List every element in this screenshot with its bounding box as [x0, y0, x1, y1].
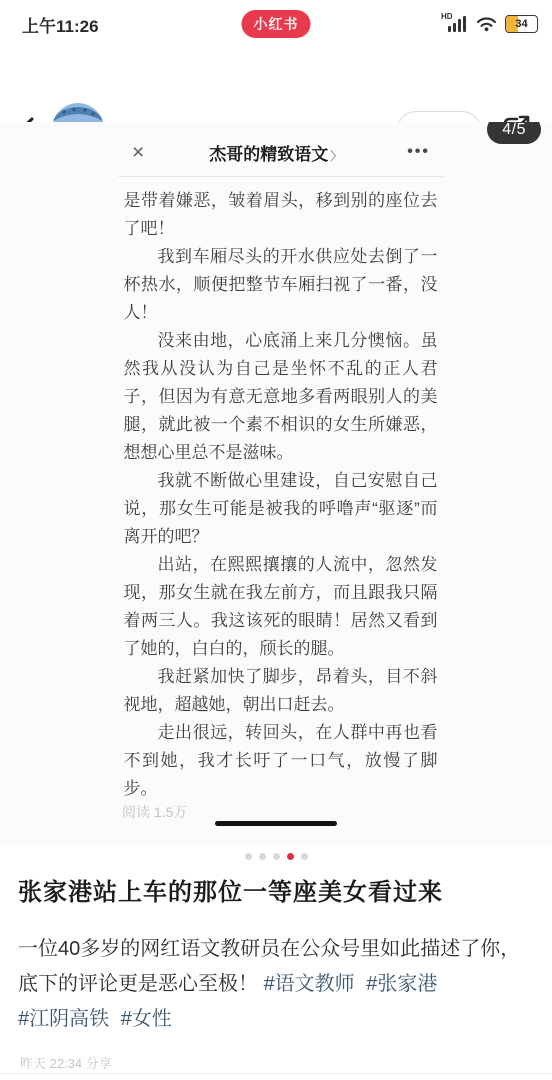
battery-percent: 34: [506, 16, 537, 32]
carousel-pagination-dots: [0, 853, 552, 860]
dot: [301, 853, 308, 860]
post-title: 张家港站上车的那位一等座美女看过来: [18, 872, 534, 907]
article-body-text: 是带着嫌恶，皱着眉头，移到别的座位去了吧！ 我到车厢尽头的开水供应处去倒了一杯热…: [124, 187, 438, 803]
home-indicator-bar: [215, 821, 337, 826]
wifi-icon: [476, 15, 497, 32]
more-icon: •••: [407, 143, 430, 161]
carousel-image[interactable]: 4/5 × 杰哥的精致语文〉 ••• 是带着嫌恶，皱着眉头，移到别的座位去了吧！…: [0, 122, 552, 846]
cellular-signal-icon: HD: [441, 12, 468, 34]
chevron-right-icon: 〉: [330, 149, 342, 163]
article-divider: [118, 176, 443, 177]
embedded-article-screenshot: × 杰哥的精致语文〉 ••• 是带着嫌恶，皱着眉头，移到别的座位去了吧！ 我到车…: [118, 134, 443, 803]
status-bar: 上午11:26 小红书 HD 34: [0, 0, 552, 45]
battery-icon: 34: [505, 15, 538, 33]
close-icon: ×: [132, 142, 144, 163]
image-count-badge: 4/5: [487, 122, 541, 144]
profile-header: momo 关注: [0, 45, 552, 122]
article-paragraph: 没来由地，心底涌上来几分懊恼。虽然我从没认为自己是坐怀不乱的正人君子，但因为有意…: [124, 327, 438, 467]
article-paragraph: 出站，在熙熙攘攘的人流中，忽然发现，那女生就在我左前方，而且跟我只隔着两三人。我…: [124, 551, 438, 663]
article-paragraph: 是带着嫌恶，皱着眉头，移到别的座位去了吧！: [124, 187, 438, 243]
hashtag[interactable]: #女性: [121, 1002, 172, 1037]
hashtag[interactable]: #语文教师: [264, 967, 355, 1002]
hashtag[interactable]: #张家港: [366, 967, 437, 1002]
dot-active: [287, 853, 294, 860]
dot: [259, 853, 266, 860]
xiaohongshu-app-badge: 小红书: [242, 10, 311, 38]
read-count: 阅读 1.5万: [122, 802, 187, 822]
article-paragraph: 我就不断做心里建设，自己安慰自己说，那女生可能是被我的呼噜声“驱逐”而离开的吧？: [124, 467, 438, 551]
dot: [245, 853, 252, 860]
status-icons: HD 34: [441, 10, 538, 34]
clock-time: 上午11:26: [22, 12, 99, 37]
article-paragraph: 我到车厢尽头的开水供应处去倒了一杯热水，顺便把整节车厢扫视了一番，没人！: [124, 243, 438, 327]
post-body: 一位40多岁的网红语文教研员在公众号里如此描述了你，底下的评论更是恶心至极！ #…: [18, 932, 536, 1037]
hd-label: HD: [441, 12, 453, 21]
hashtag[interactable]: #江阴高铁: [18, 1002, 109, 1037]
article-paragraph: 走出很远，转回头，在人群中再也看不到她，我才长吁了一口气，放慢了脚步。: [124, 719, 438, 803]
article-source-title: 杰哥的精致语文〉: [209, 140, 342, 165]
bottom-divider: [0, 1073, 552, 1074]
article-header: × 杰哥的精致语文〉 •••: [118, 134, 443, 170]
dot: [273, 853, 280, 860]
post-meta-timestamp: 昨天 22:34 分享: [20, 1053, 112, 1072]
xiaohongshu-post-screen: 上午11:26 小红书 HD 34: [0, 0, 552, 1080]
article-paragraph: 我赶紧加快了脚步，昂着头，目不斜视地，超越她，朝出口赶去。: [124, 663, 438, 719]
